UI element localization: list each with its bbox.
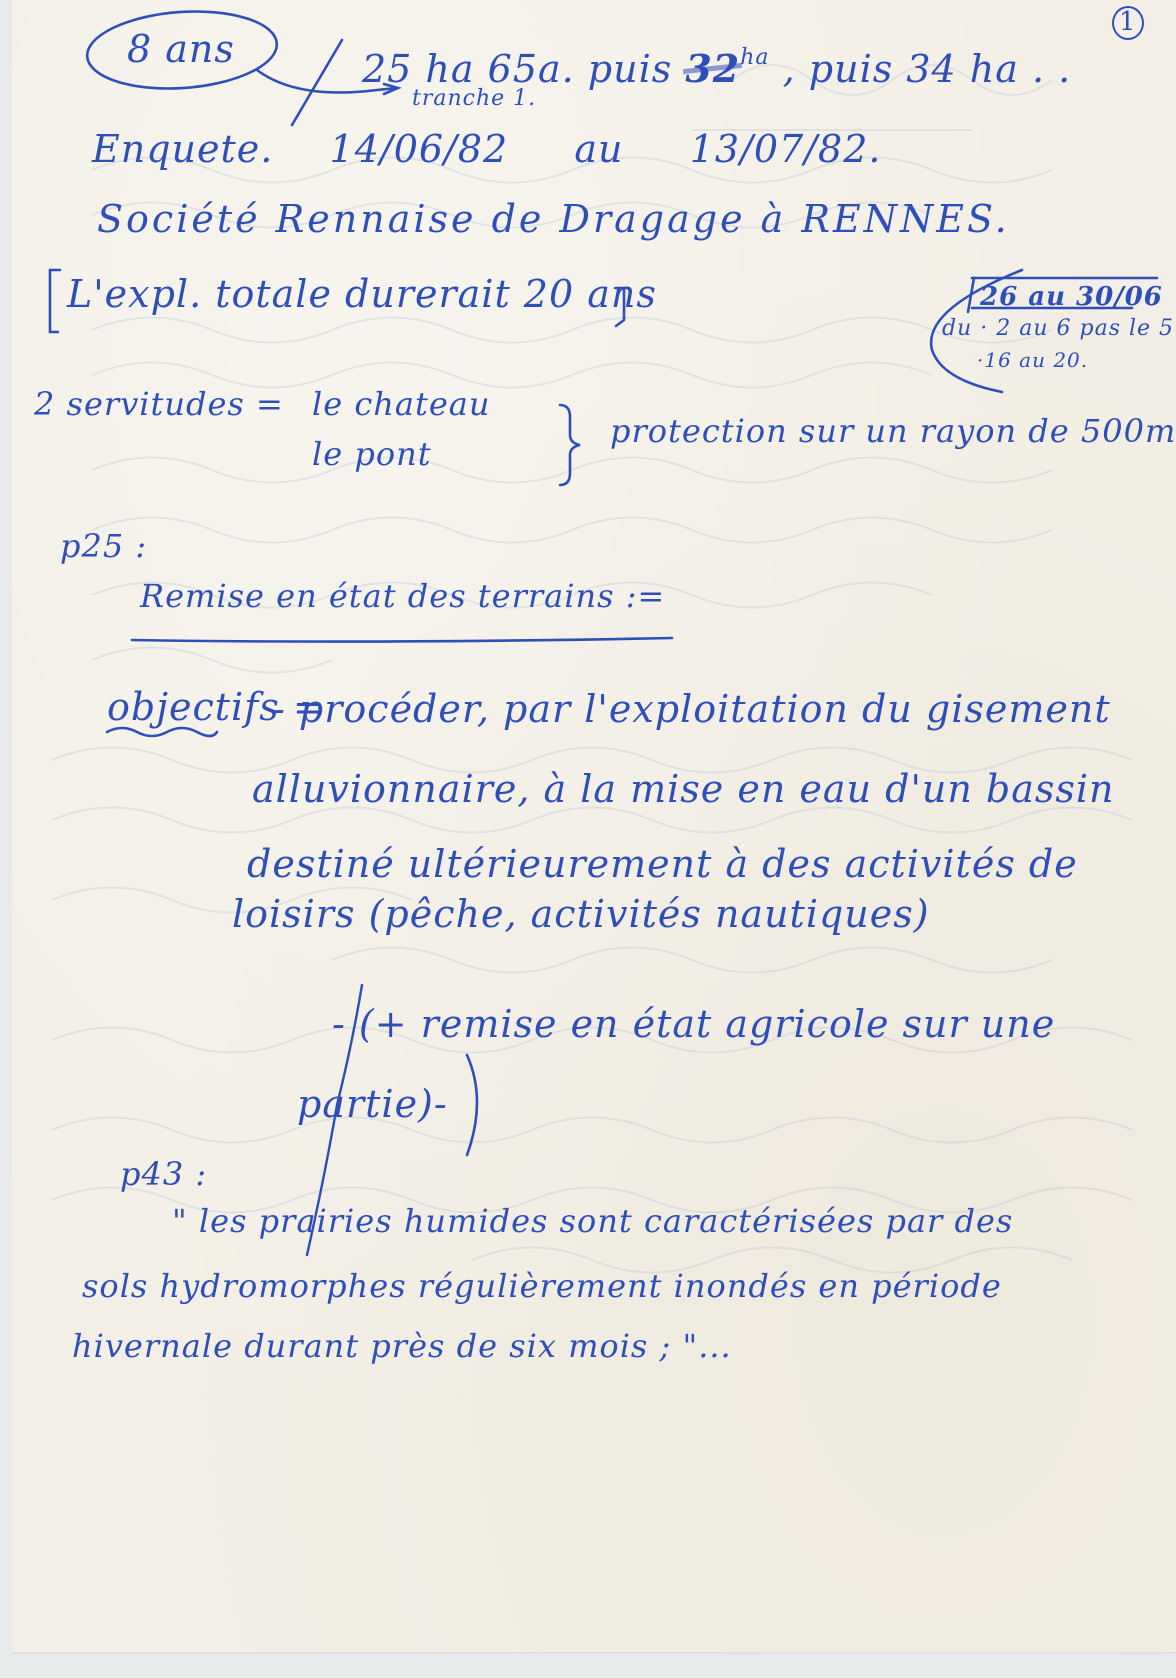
area-line-suffix: , puis 34 ha . . xyxy=(783,47,1072,91)
objectifs-line-1: - procéder, par l'exploitation du giseme… xyxy=(272,690,1111,728)
servitude-item-pont: le pont xyxy=(312,438,432,470)
page-number: 1 xyxy=(1119,9,1137,35)
objectifs-addendum-line-2: partie)- xyxy=(297,1085,448,1123)
area-unit-superscript: ha xyxy=(740,45,769,70)
enquete-connector: au xyxy=(574,127,623,171)
ink-strokes xyxy=(12,0,1176,1652)
handwritten-page: 1 8 ans 25 ha 65a. puis 32ha , puis 34 h… xyxy=(12,0,1176,1652)
side-note-line-2: du · 2 au 6 pas le 5 xyxy=(942,318,1174,340)
section-p43-ref: p43 : xyxy=(120,1158,207,1190)
servitudes-brace-note: protection sur un rayon de 500m. xyxy=(610,415,1176,447)
scanner-background: 1 8 ans 25 ha 65a. puis 32ha , puis 34 h… xyxy=(0,0,1176,1678)
area-line: 25 ha 65a. puis 32ha , puis 34 ha . . xyxy=(362,50,1071,88)
servitudes-label: 2 servitudes = xyxy=(34,388,284,420)
side-note-line-3: ·16 au 20. xyxy=(977,350,1088,370)
objectifs-line-4: loisirs (pêche, activités nautiques) xyxy=(232,895,930,933)
area-overwritten-value: 32 xyxy=(685,46,740,91)
servitude-item-chateau: le chateau xyxy=(312,388,490,420)
p43-quote-line-3: hivernale durant près de six mois ; "... xyxy=(72,1330,732,1362)
side-note-line-2-prefix: du xyxy=(942,316,972,341)
section-p25-ref: p25 : xyxy=(60,530,147,562)
enquete-label: Enquete. xyxy=(92,127,273,171)
side-note-line-1: 26 au 30/06 xyxy=(980,284,1163,310)
enquete-date-from: 14/06/82 xyxy=(330,127,509,171)
area-line-prefix: 25 ha 65a. puis xyxy=(362,47,672,91)
arrow-label-tranche: tranche 1. xyxy=(412,88,536,110)
duration-circled-text: 8 ans xyxy=(127,30,235,68)
bracket-note: L'expl. totale durerait 20 ans xyxy=(67,275,657,313)
objectifs-label-text: objectifs xyxy=(107,685,280,729)
enquete-date-to: 13/07/82. xyxy=(690,127,882,171)
bleed-through-texture xyxy=(12,0,1176,1652)
section-p25-heading: Remise en état des terrains := xyxy=(140,580,665,612)
p43-quote-line-2: sols hydromorphes régulièrement inondés … xyxy=(82,1270,1002,1302)
company-line: Société Rennaise de Dragage à RENNES. xyxy=(97,200,1010,238)
objectifs-addendum-line-1: - (+ remise en état agricole sur une xyxy=(332,1005,1055,1043)
objectifs-line-2: alluvionnaire, à la mise en eau d'un bas… xyxy=(252,770,1115,808)
objectifs-line-3: destiné ultérieurement à des activités d… xyxy=(247,845,1078,883)
enquete-line: Enquete. 14/06/82 au 13/07/82. xyxy=(92,130,881,168)
p43-quote-line-1: " les prairies humides sont caractérisée… xyxy=(172,1205,1013,1237)
side-note-line-2-text: · 2 au 6 pas le 5 xyxy=(980,316,1174,341)
